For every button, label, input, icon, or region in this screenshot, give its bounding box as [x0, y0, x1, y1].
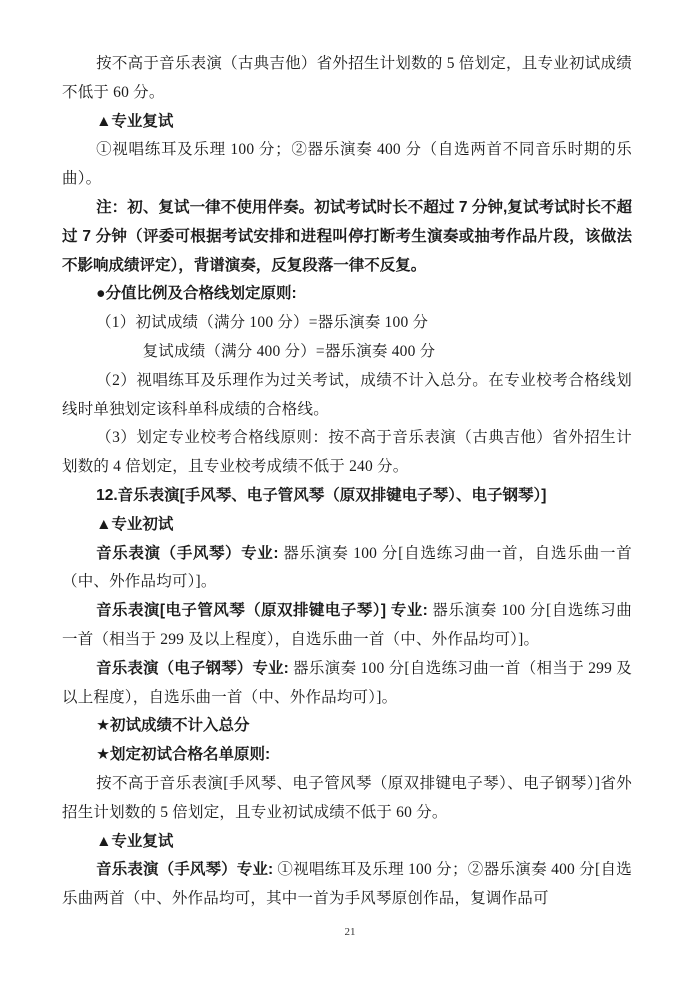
bold-text-run: 音乐表演[电子管风琴（原双排键电子琴）] 专业: [96, 602, 428, 619]
bold-text-run: ★划定初试合格名单原则: [96, 746, 270, 763]
paragraph: 复试成绩（满分 400 分）=器乐演奏 400 分 [62, 338, 632, 367]
paragraph: ▲专业初试 [62, 511, 632, 540]
bold-text-run: 音乐表演（手风琴）专业: [96, 545, 279, 562]
text-run: 按不高于音乐表演[手风琴、电子管风琴（原双排键电子琴）、电子钢琴）]省外招生计划… [62, 775, 632, 821]
paragraph: 注：初、复试一律不使用伴奏。初试考试时长不超过 7 分钟,复试考试时长不超过 7… [62, 194, 632, 280]
bold-text-run: 音乐表演（电子钢琴）专业: [96, 660, 289, 677]
text-run: （3）划定专业校考合格线原则：按不高于音乐表演（古典吉他）省外招生计划数的 4 … [62, 429, 632, 475]
bold-text-run: ●分值比例及合格线划定原则: [96, 285, 297, 302]
paragraph: 音乐表演（手风琴）专业: 器乐演奏 100 分[自选练习曲一首，自选乐曲一首（中… [62, 540, 632, 598]
paragraph: 12.音乐表演[手风琴、电子管风琴（原双排键电子琴）、电子钢琴）] [62, 482, 632, 511]
text-run: 按不高于音乐表演（古典吉他）省外招生计划数的 5 倍划定，且专业初试成绩不低于 … [62, 55, 632, 101]
paragraph: ★划定初试合格名单原则: [62, 741, 632, 770]
bold-text-run: 注：初、复试一律不使用伴奏。初试考试时长不超过 7 分钟,复试考试时长不超过 7… [62, 199, 632, 274]
paragraph: ★初试成绩不计入总分 [62, 712, 632, 741]
bold-text-run: ▲专业复试 [96, 113, 173, 130]
paragraph: 音乐表演（手风琴）专业: ①视唱练耳及乐理 100 分；②器乐演奏 400 分[… [62, 856, 632, 914]
document-body: 按不高于音乐表演（古典吉他）省外招生计划数的 5 倍划定，且专业初试成绩不低于 … [62, 50, 632, 914]
bold-text-run: ★初试成绩不计入总分 [96, 717, 249, 734]
paragraph: 音乐表演（电子钢琴）专业: 器乐演奏 100 分[自选练习曲一首（相当于 299… [62, 655, 632, 713]
page-number: 21 [0, 926, 700, 938]
paragraph: ▲专业复试 [62, 108, 632, 137]
bold-text-run: 音乐表演（手风琴）专业: [96, 861, 273, 878]
paragraph: 按不高于音乐表演（古典吉他）省外招生计划数的 5 倍划定，且专业初试成绩不低于 … [62, 50, 632, 108]
bold-text-run: ▲专业复试 [96, 833, 173, 850]
bold-text-run: ▲专业初试 [96, 516, 173, 533]
text-run: （2）视唱练耳及乐理作为过关考试，成绩不计入总分。在专业校考合格线划线时单独划定… [62, 372, 632, 418]
bold-text-run: 12.音乐表演[手风琴、电子管风琴（原双排键电子琴）、电子钢琴）] [96, 487, 546, 504]
paragraph: 音乐表演[电子管风琴（原双排键电子琴）] 专业: 器乐演奏 100 分[自选练习… [62, 597, 632, 655]
text-run: ①视唱练耳及乐理 100 分；②器乐演奏 400 分（自选两首不同音乐时期的乐曲… [62, 141, 632, 187]
paragraph: ▲专业复试 [62, 828, 632, 857]
paragraph: ●分值比例及合格线划定原则: [62, 280, 632, 309]
paragraph: （3）划定专业校考合格线原则：按不高于音乐表演（古典吉他）省外招生计划数的 4 … [62, 424, 632, 482]
document-page: 按不高于音乐表演（古典吉他）省外招生计划数的 5 倍划定，且专业初试成绩不低于 … [0, 0, 700, 990]
paragraph: ①视唱练耳及乐理 100 分；②器乐演奏 400 分（自选两首不同音乐时期的乐曲… [62, 136, 632, 194]
text-run: （1）初试成绩（满分 100 分）=器乐演奏 100 分 [96, 314, 428, 331]
text-run: 复试成绩（满分 400 分）=器乐演奏 400 分 [143, 343, 436, 360]
paragraph: （1）初试成绩（满分 100 分）=器乐演奏 100 分 [62, 309, 632, 338]
paragraph: （2）视唱练耳及乐理作为过关考试，成绩不计入总分。在专业校考合格线划线时单独划定… [62, 367, 632, 425]
paragraph: 按不高于音乐表演[手风琴、电子管风琴（原双排键电子琴）、电子钢琴）]省外招生计划… [62, 770, 632, 828]
